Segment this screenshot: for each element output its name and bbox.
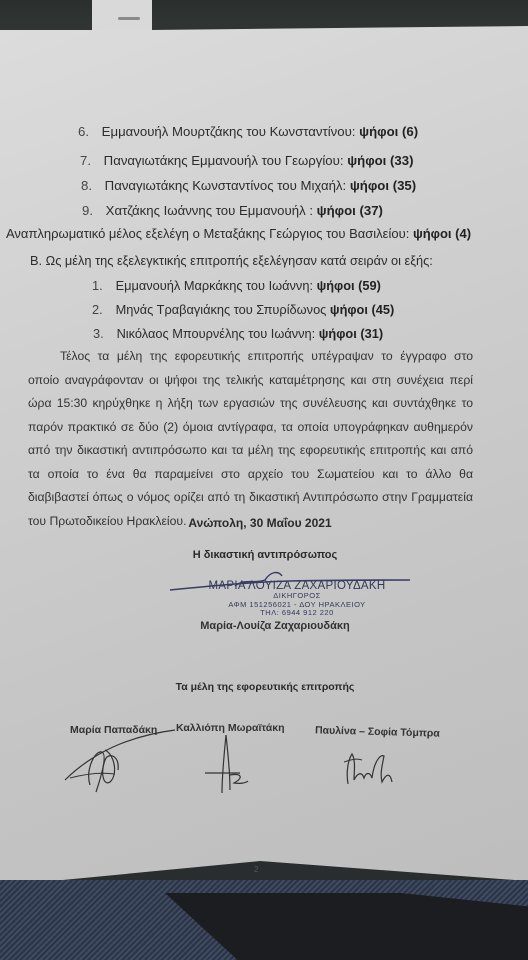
list-item: 2. Μηνάς Τραβαγιάκης του Σπυρίδωνος ψήφο… <box>92 302 394 317</box>
votes-count: (31) <box>360 326 383 341</box>
votes-label: ψήφοι <box>350 178 389 193</box>
member-name: Νικόλαος Μπουρνέλης του Ιωάννη: <box>117 326 316 341</box>
item-number: 9. <box>82 203 102 218</box>
votes-count: (45) <box>371 302 394 317</box>
signature-tompra <box>340 742 400 802</box>
substitute-member-line: Αναπληρωματικό μέλος εξελέγη ο Μεταξάκης… <box>6 226 471 241</box>
candidate-name: Χατζάκης Ιωάννης του Εμμανουήλ : <box>106 203 313 218</box>
signature-papadaki <box>60 730 180 800</box>
votes-count: (6) <box>402 124 418 139</box>
votes-label: ψήφοι <box>359 124 398 139</box>
paragraph-line: οποίο αναγράφονταν οι ψήφοι της τελικής … <box>28 369 473 393</box>
committee-title: Τα μέλη της εφορευτικής επιτροπής <box>140 681 390 693</box>
votes-label: ψήφοι <box>413 226 452 241</box>
representative-signature <box>170 568 410 598</box>
place-date: Ανώπολη, 30 Μαΐου 2021 <box>150 516 370 530</box>
candidate-name: Παναγιωτάκης Εμμανουήλ του Γεωργίου: <box>104 153 344 168</box>
committee-member-name: Καλλιόπη Μωραϊτάκη <box>176 722 285 734</box>
votes-label: ψήφοι <box>347 153 386 168</box>
list-item: 3. Νικόλαος Μπουρνέλης του Ιωάννη: ψήφοι… <box>93 326 383 341</box>
section-b-heading: Β. Ως μέλη της εξελεγκτικής επιτροπής εξ… <box>30 253 433 268</box>
member-name: Μηνάς Τραβαγιάκης του Σπυρίδωνος <box>116 302 327 317</box>
votes-label: ψήφοι <box>319 326 357 341</box>
item-number: 1. <box>92 278 112 293</box>
item-number: 8. <box>81 178 101 193</box>
paragraph-line: από την δικαστική αντιπρόσωπο και τα μέλ… <box>28 439 473 463</box>
substitute-member-text: Αναπληρωματικό μέλος εξελέγη ο Μεταξάκης… <box>6 226 409 241</box>
paragraph-line: τα οποία το ένα θα παραμείνει στο αρχείο… <box>28 463 473 487</box>
representative-printed-name: Μαρία-Λουίζα Ζαχαριουδάκη <box>170 620 380 632</box>
list-item: 7. Παναγιωτάκης Εμμανουήλ του Γεωργίου: … <box>80 153 413 168</box>
list-item: 8. Παναγιωτάκης Κωνσταντίνος του Μιχαήλ:… <box>81 178 416 193</box>
judicial-representative-title: Η δικαστική αντιπρόσωπος <box>160 549 370 561</box>
paragraph-line: ώρα 15:30 κηρύχθηκε η λήξη των εργασιών … <box>28 392 473 416</box>
paragraph-line: διαβιβαστεί όπως ο νόμος ορίζει από τη δ… <box>28 486 473 510</box>
closing-paragraph: Τέλος τα μέλη της εφορευτικής επιτροπής … <box>28 345 473 533</box>
votes-count: (4) <box>455 226 471 241</box>
list-item: 9. Χατζάκης Ιωάννης του Εμμανουήλ : ψήφο… <box>82 203 383 218</box>
paragraph-line: παρόν πρακτικό σε δύο (2) όμοια αντίγραφ… <box>28 416 473 440</box>
item-number: 7. <box>80 153 100 168</box>
item-number: 6. <box>78 124 98 139</box>
candidate-name: Εμμανουήλ Μουρτζάκης του Κωνσταντίνου: <box>102 124 356 139</box>
document-content: 6. Εμμανουήλ Μουρτζάκης του Κωνσταντίνου… <box>0 0 528 960</box>
votes-label: ψήφοι <box>317 278 355 293</box>
stamp-phone: ΤΗΛ: 6944 912 220 <box>182 609 412 618</box>
votes-count: (35) <box>393 178 416 193</box>
committee-member-name: Παυλίνα – Σοφία Τόμπρα <box>315 724 440 739</box>
signature-moraitaki <box>200 735 260 795</box>
votes-count: (59) <box>358 278 381 293</box>
item-number: 2. <box>92 302 112 317</box>
member-name: Εμμανουήλ Μαρκάκης του Ιωάννη: <box>116 278 313 293</box>
list-item: 6. Εμμανουήλ Μουρτζάκης του Κωνσταντίνου… <box>78 124 418 139</box>
votes-label: ψήφοι <box>317 203 356 218</box>
paragraph-line: Τέλος τα μέλη της εφορευτικής επιτροπής … <box>28 345 473 369</box>
list-item: 1. Εμμανουήλ Μαρκάκης του Ιωάννη: ψήφοι … <box>92 278 381 293</box>
page-number: 2 <box>254 865 258 874</box>
item-number: 3. <box>93 326 113 341</box>
candidate-name: Παναγιωτάκης Κωνσταντίνος του Μιχαήλ: <box>105 178 347 193</box>
votes-label: ψήφοι <box>330 302 368 317</box>
votes-count: (37) <box>360 203 383 218</box>
votes-count: (33) <box>390 153 413 168</box>
